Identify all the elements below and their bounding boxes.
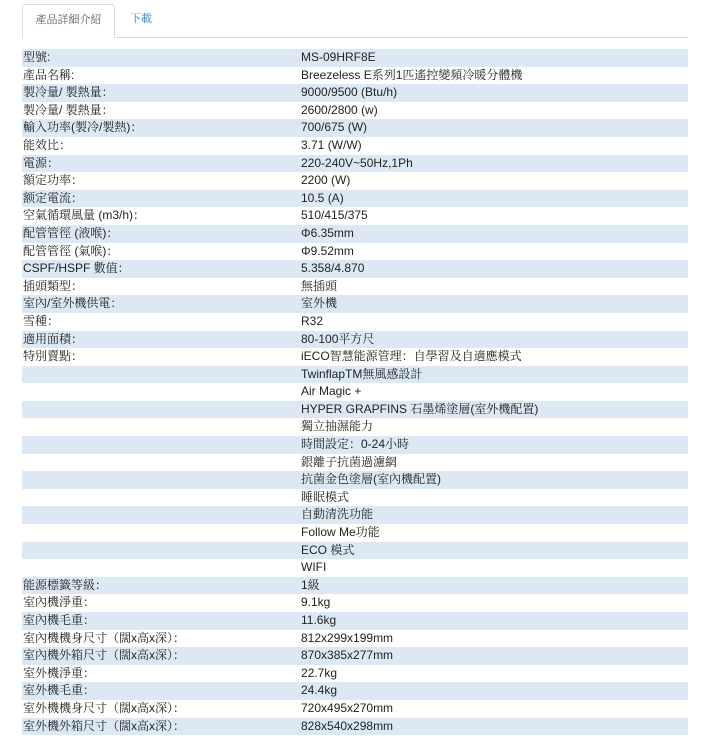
- spec-label: 室內機外箱尺寸（闊x高x深）：: [22, 647, 300, 665]
- spec-label: 型號:: [22, 49, 300, 67]
- spec-row: 獨立抽濕能力: [22, 418, 688, 436]
- spec-value: 24.4kg: [300, 682, 688, 700]
- spec-value: R32: [300, 313, 688, 331]
- spec-row: ECO 模式: [22, 542, 688, 560]
- spec-value: 1級: [300, 577, 688, 595]
- spec-label: [22, 436, 300, 454]
- spec-row: TwinflapTM無風感設計: [22, 366, 688, 384]
- spec-value: ECO 模式: [300, 542, 688, 560]
- spec-row: 睡眠模式: [22, 489, 688, 507]
- spec-value: 10.5 (A): [300, 190, 688, 208]
- spec-label: 室內機淨重：: [22, 594, 300, 612]
- spec-row: 室外機外箱尺寸（闊x高x深）：828x540x298mm: [22, 718, 688, 736]
- spec-row: 空氣循環風量 (m3/h)：510/415/375: [22, 207, 688, 225]
- spec-row: 室內/室外機供電：室外機: [22, 295, 688, 313]
- spec-label: 室內/室外機供電：: [22, 295, 300, 313]
- spec-label: CSPF/HSPF 數值：: [22, 260, 300, 278]
- spec-value: 時間設定：0-24小時: [300, 436, 688, 454]
- spec-value: 9000/9500 (Btu/h): [300, 84, 688, 102]
- spec-row: 雪種：R32: [22, 313, 688, 331]
- spec-value: 自動清洗功能: [300, 506, 688, 524]
- spec-row: 能效比：3.71 (W/W): [22, 137, 688, 155]
- spec-label: 電源：: [22, 155, 300, 173]
- spec-value: Φ9.52mm: [300, 243, 688, 261]
- spec-row: WIFI: [22, 559, 688, 577]
- spec-label: 額定功率：: [22, 172, 300, 190]
- spec-label: 空氣循環風量 (m3/h)：: [22, 207, 300, 225]
- spec-value: Air Magic +: [300, 383, 688, 401]
- spec-label: [22, 542, 300, 560]
- tab-download[interactable]: 下載: [118, 4, 164, 37]
- spec-value: TwinflapTM無風感設計: [300, 366, 688, 384]
- spec-label: 能源標籤等級：: [22, 577, 300, 595]
- spec-value: 812x299x199mm: [300, 630, 688, 648]
- spec-row: 電源：220-240V~50Hz,1Ph: [22, 155, 688, 173]
- spec-row: 室內機外箱尺寸（闊x高x深）：870x385x277mm: [22, 647, 688, 665]
- spec-value: 11.6kg: [300, 612, 688, 630]
- spec-value: 銀離子抗菌過濾網: [300, 454, 688, 472]
- spec-value: Follow Me功能: [300, 524, 688, 542]
- spec-row: 配管管徑 (液喉)：Φ6.35mm: [22, 225, 688, 243]
- spec-label: 能效比：: [22, 137, 300, 155]
- spec-row: 特別賣點：iECO智慧能源管理：自學習及自適應模式: [22, 348, 688, 366]
- spec-value: 無插頭: [300, 278, 688, 296]
- spec-row: 抗菌金色塗層(室內機配置): [22, 471, 688, 489]
- spec-row: 配管管徑 (氣喉)：Φ9.52mm: [22, 243, 688, 261]
- spec-label: [22, 418, 300, 436]
- spec-label: 輸入功率(製冷/製熱)：: [22, 119, 300, 137]
- spec-value: 700/675 (W): [300, 119, 688, 137]
- spec-row: 能源標籤等級：1級: [22, 577, 688, 595]
- spec-value: 睡眠模式: [300, 489, 688, 507]
- spec-label: [22, 489, 300, 507]
- spec-label: 適用面積：: [22, 331, 300, 349]
- spec-table: 型號:MS-09HRF8E產品名稱:Breezeless E系列1匹遙控變頻冷暖…: [22, 49, 688, 735]
- spec-label: 製冷量/ 製熱量：: [22, 102, 300, 120]
- spec-row: HYPER GRAPFINS 石墨烯塗層(室外機配置): [22, 401, 688, 419]
- spec-label: [22, 366, 300, 384]
- spec-value: iECO智慧能源管理：自學習及自適應模式: [300, 348, 688, 366]
- spec-value: 抗菌金色塗層(室內機配置): [300, 471, 688, 489]
- spec-label: 雪種：: [22, 313, 300, 331]
- spec-row: 適用面積：80-100平方尺: [22, 331, 688, 349]
- spec-row: 室外機淨重：22.7kg: [22, 665, 688, 683]
- spec-label: 製冷量/ 製熱量：: [22, 84, 300, 102]
- spec-value: Breezeless E系列1匹遙控變頻冷暖分體機: [300, 67, 688, 85]
- spec-label: [22, 524, 300, 542]
- spec-row: 型號:MS-09HRF8E: [22, 49, 688, 67]
- spec-label: [22, 454, 300, 472]
- spec-value: 720x495x270mm: [300, 700, 688, 718]
- spec-label: 產品名稱:: [22, 67, 300, 85]
- spec-row: Air Magic +: [22, 383, 688, 401]
- spec-row: 銀離子抗菌過濾網: [22, 454, 688, 472]
- spec-value: 獨立抽濕能力: [300, 418, 688, 436]
- spec-row: 室外機毛重：24.4kg: [22, 682, 688, 700]
- spec-label: 室外機毛重：: [22, 682, 300, 700]
- spec-row: 自動清洗功能: [22, 506, 688, 524]
- spec-value: 220-240V~50Hz,1Ph: [300, 155, 688, 173]
- spec-value: 22.7kg: [300, 665, 688, 683]
- spec-row: 室內機機身尺寸（闊x高x深）：812x299x199mm: [22, 630, 688, 648]
- spec-label: [22, 506, 300, 524]
- spec-label: 额定電流：: [22, 190, 300, 208]
- spec-value: HYPER GRAPFINS 石墨烯塗層(室外機配置): [300, 401, 688, 419]
- spec-value: MS-09HRF8E: [300, 49, 688, 67]
- spec-label: [22, 383, 300, 401]
- spec-value: 828x540x298mm: [300, 718, 688, 736]
- spec-label: [22, 471, 300, 489]
- spec-label: 室外機機身尺寸（闊x高x深）：: [22, 700, 300, 718]
- spec-row: 室外機機身尺寸（闊x高x深）：720x495x270mm: [22, 700, 688, 718]
- spec-value: 2200 (W): [300, 172, 688, 190]
- spec-label: 室外機外箱尺寸（闊x高x深）：: [22, 718, 300, 736]
- spec-label: 室內機機身尺寸（闊x高x深）：: [22, 630, 300, 648]
- spec-row: CSPF/HSPF 數值：5.358/4.870: [22, 260, 688, 278]
- spec-value: 2600/2800 (w): [300, 102, 688, 120]
- spec-value: WIFI: [300, 559, 688, 577]
- spec-label: [22, 401, 300, 419]
- spec-label: 配管管徑 (液喉)：: [22, 225, 300, 243]
- spec-row: 產品名稱:Breezeless E系列1匹遙控變頻冷暖分體機: [22, 67, 688, 85]
- spec-label: [22, 559, 300, 577]
- spec-row: 製冷量/ 製熱量：2600/2800 (w): [22, 102, 688, 120]
- spec-row: 室內機毛重：11.6kg: [22, 612, 688, 630]
- spec-row: 時間設定：0-24小時: [22, 436, 688, 454]
- tab-product-details[interactable]: 產品詳細介紹: [22, 4, 115, 38]
- spec-row: 製冷量/ 製熱量：9000/9500 (Btu/h): [22, 84, 688, 102]
- spec-row: 室內機淨重：9.1kg: [22, 594, 688, 612]
- spec-label: 室外機淨重：: [22, 665, 300, 683]
- spec-row: 插頭類型：無插頭: [22, 278, 688, 296]
- spec-value: 5.358/4.870: [300, 260, 688, 278]
- spec-value: 510/415/375: [300, 207, 688, 225]
- tab-bar: 產品詳細介紹 下載: [22, 4, 688, 38]
- spec-label: 室內機毛重：: [22, 612, 300, 630]
- spec-label: 特別賣點：: [22, 348, 300, 366]
- spec-value: 3.71 (W/W): [300, 137, 688, 155]
- spec-label: 插頭類型：: [22, 278, 300, 296]
- spec-row: 輸入功率(製冷/製熱)：700/675 (W): [22, 119, 688, 137]
- spec-row: 额定電流：10.5 (A): [22, 190, 688, 208]
- spec-row: Follow Me功能: [22, 524, 688, 542]
- spec-value: 80-100平方尺: [300, 331, 688, 349]
- spec-table-body: 型號:MS-09HRF8E產品名稱:Breezeless E系列1匹遙控變頻冷暖…: [22, 49, 688, 735]
- spec-value: 9.1kg: [300, 594, 688, 612]
- spec-value: Φ6.35mm: [300, 225, 688, 243]
- spec-value: 870x385x277mm: [300, 647, 688, 665]
- spec-label: 配管管徑 (氣喉)：: [22, 243, 300, 261]
- spec-value: 室外機: [300, 295, 688, 313]
- spec-row: 額定功率：2200 (W): [22, 172, 688, 190]
